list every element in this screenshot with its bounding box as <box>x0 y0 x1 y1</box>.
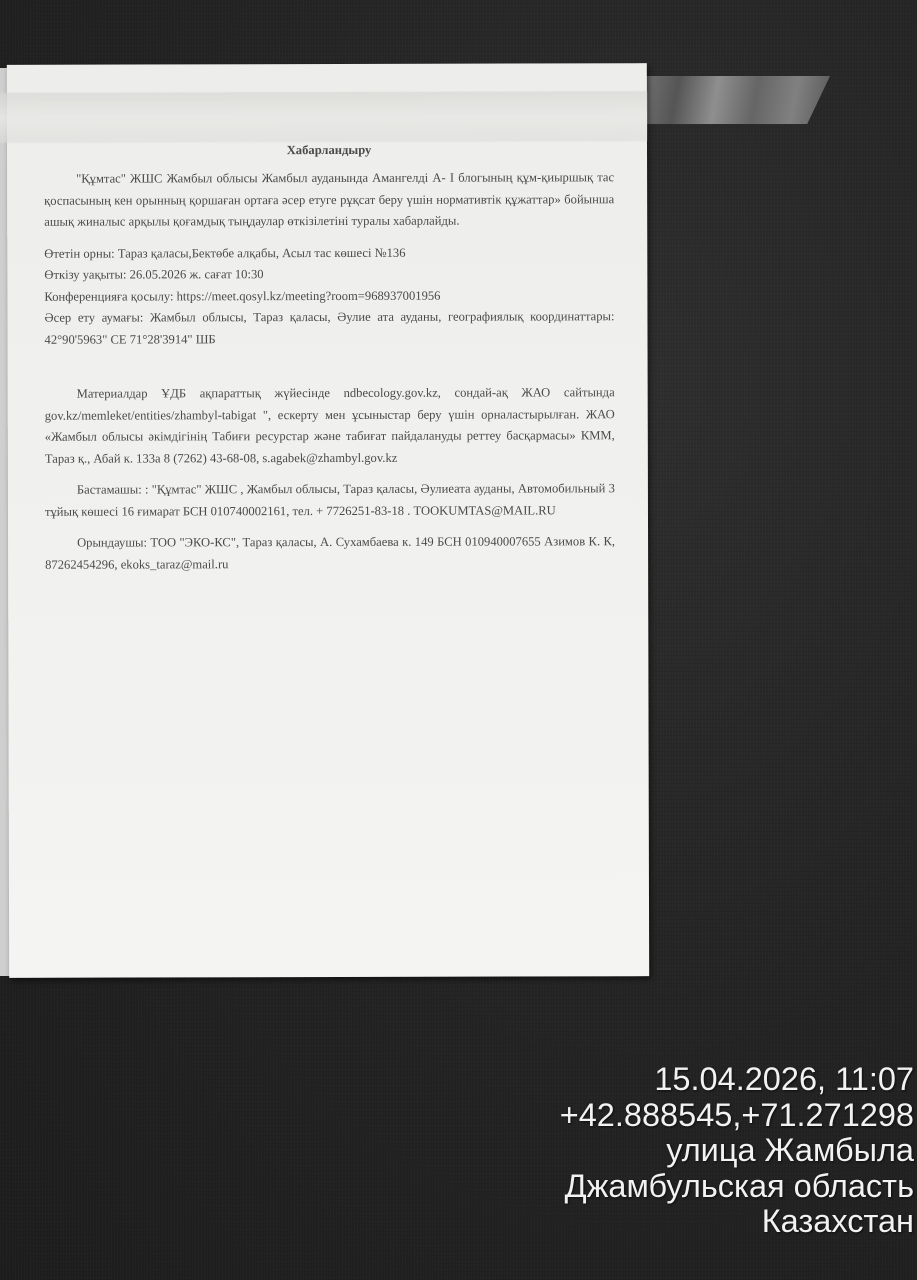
notice-initiator: Бастамашы: : "Құмтас" ЖШС , Жамбыл облыс… <box>45 478 615 522</box>
stamp-country: Казахстан <box>560 1204 914 1240</box>
photo-timestamp-overlay: 15.04.2026, 11:07 +42.888545,+71.271298 … <box>560 1062 914 1240</box>
stamp-street: улица Жамбыла <box>560 1133 914 1169</box>
notice-materials: Материалдар ҰДБ ақпараттық жүйесінде ndb… <box>45 382 615 469</box>
detail-conference-link: Конференцияға қосылу: https://meet.qosyl… <box>44 285 614 308</box>
adhesive-tape <box>640 76 830 124</box>
detail-time: Өткізу уақыты: 26.05.2026 ж. сағат 10:30 <box>44 263 614 286</box>
tape-strip <box>0 91 647 143</box>
notice-document: Хабарландыру "Құмтас" ЖШС Жамбыл облысы … <box>44 139 615 575</box>
detail-location: Өтетін орны: Тараз қаласы,Бектөбе алқабы… <box>44 242 614 265</box>
stamp-datetime: 15.04.2026, 11:07 <box>560 1062 914 1098</box>
notice-executor: Орындаушы: ТОО "ЭКО-КС", Тараз қаласы, А… <box>45 531 615 575</box>
stamp-coordinates: +42.888545,+71.271298 <box>560 1098 914 1134</box>
notice-title: Хабарландыру <box>44 139 614 161</box>
notice-intro: "Құмтас" ЖШС Жамбыл облысы Жамбыл ауданы… <box>44 167 614 233</box>
detail-impact-area: Әсер ету аумағы: Жамбыл облысы, Тараз қа… <box>44 306 614 350</box>
stamp-region: Джамбульская область <box>560 1169 914 1205</box>
notice-paper: Хабарландыру "Құмтас" ЖШС Жамбыл облысы … <box>7 63 649 978</box>
